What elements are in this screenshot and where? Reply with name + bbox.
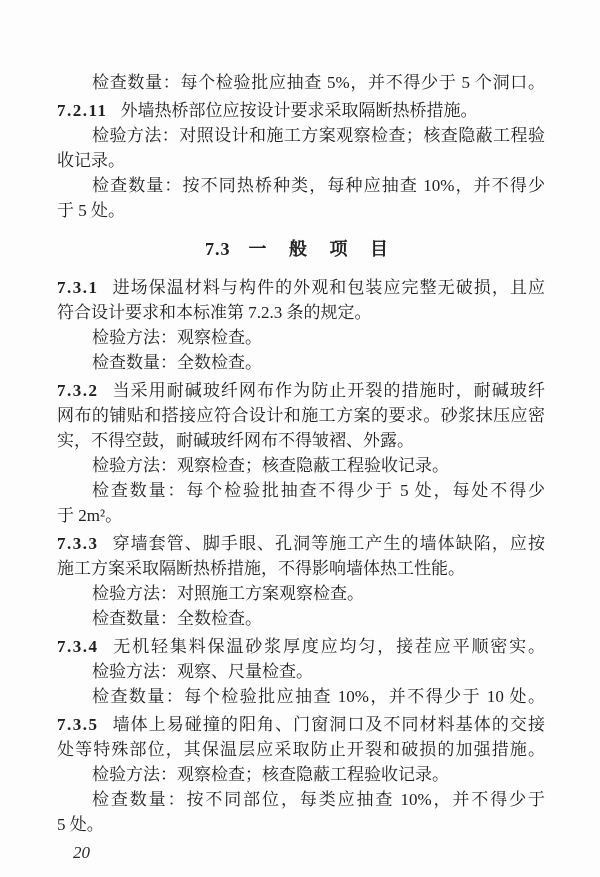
clause-number: 7.3.4: [57, 637, 99, 656]
body-line: 实，不得空鼓，耐碱玻纤网布不得皱褶、外露。: [57, 428, 545, 453]
clause-number: 7.3.1: [57, 278, 99, 297]
body-line: 检验方法：对照设计和施工方案观察检查；核查隐蔽工程验: [57, 123, 545, 148]
clause-number: 7.2.11: [57, 101, 108, 120]
clause-line: 7.3.3穿墙套管、脚手眼、孔洞等施工产生的墙体缺陷，应按: [57, 531, 545, 556]
body-line: 网布的铺贴和搭接应符合设计和施工方案的要求。砂浆抹压应密: [57, 403, 545, 428]
clause-line: 7.3.1进场保温材料与构件的外观和包装应完整无破损，且应: [57, 275, 545, 300]
body-line: 检查数量：全数检查。: [57, 350, 545, 375]
body-line: 于 5 处。: [57, 198, 545, 223]
clause-number: 7.3.5: [57, 715, 99, 734]
body-line: 检查数量：每个检验批抽查不得少于 5 处，每处不得少: [57, 478, 545, 503]
body-line: 检查数量：按不同热桥种类，每种应抽查 10%，并不得少: [57, 173, 545, 198]
clause-number: 7.3.2: [57, 381, 99, 400]
clause-line: 7.3.4无机轻集料保温砂浆厚度应均匀，接茬应平顺密实。: [57, 634, 545, 659]
body-line: 于 2m²。: [57, 503, 545, 528]
body-line: 检验方法：观察检查。: [57, 325, 545, 350]
body-line: 检查数量：按不同部位，每类应抽查 10%，并不得少于: [57, 787, 545, 812]
body-line: 符合设计要求和本标准第 7.2.3 条的规定。: [57, 300, 545, 325]
body-line: 检验方法：对照施工方案观察检查。: [57, 581, 545, 606]
page-number: 20: [73, 842, 90, 864]
clause-number: 7.3.3: [57, 534, 99, 553]
body-line: 检查数量：每个检验批应抽查 10%，并不得少于 10 处。: [57, 684, 545, 709]
body-line: 施工方案采取隔断热桥措施，不得影响墙体热工性能。: [57, 556, 545, 581]
body-line: 检验方法：观察、尺量检查。: [57, 659, 545, 684]
body-line: 检查数量：每个检验批应抽查 5%，并不得少于 5 个洞口。: [57, 70, 545, 95]
document-page: 检查数量：每个检验批应抽查 5%，并不得少于 5 个洞口。7.2.11外墙热桥部…: [0, 0, 600, 877]
clause-line: 7.3.2当采用耐碱玻纤网布作为防止开裂的措施时，耐碱玻纤: [57, 378, 545, 403]
section-title: 一 般 项 目: [249, 239, 398, 259]
clause-line: 7.3.5墙体上易碰撞的阳角、门窗洞口及不同材料基体的交接: [57, 712, 545, 737]
body-line: 处等特殊部位，其保温层应采取防止开裂和破损的加强措施。: [57, 737, 545, 762]
section-heading: 7.3一 般 项 目: [57, 235, 545, 263]
body-line: 检查数量：全数检查。: [57, 606, 545, 631]
body-line: 收记录。: [57, 148, 545, 173]
body-line: 检验方法：观察检查；核查隐蔽工程验收记录。: [57, 453, 545, 478]
section-number: 7.3: [205, 239, 231, 259]
document-body: 检查数量：每个检验批应抽查 5%，并不得少于 5 个洞口。7.2.11外墙热桥部…: [57, 70, 545, 837]
body-line: 5 处。: [57, 812, 545, 837]
clause-line: 7.2.11外墙热桥部位应按设计要求采取隔断热桥措施。: [57, 98, 545, 123]
body-line: 检验方法：观察检查；核查隐蔽工程验收记录。: [57, 762, 545, 787]
